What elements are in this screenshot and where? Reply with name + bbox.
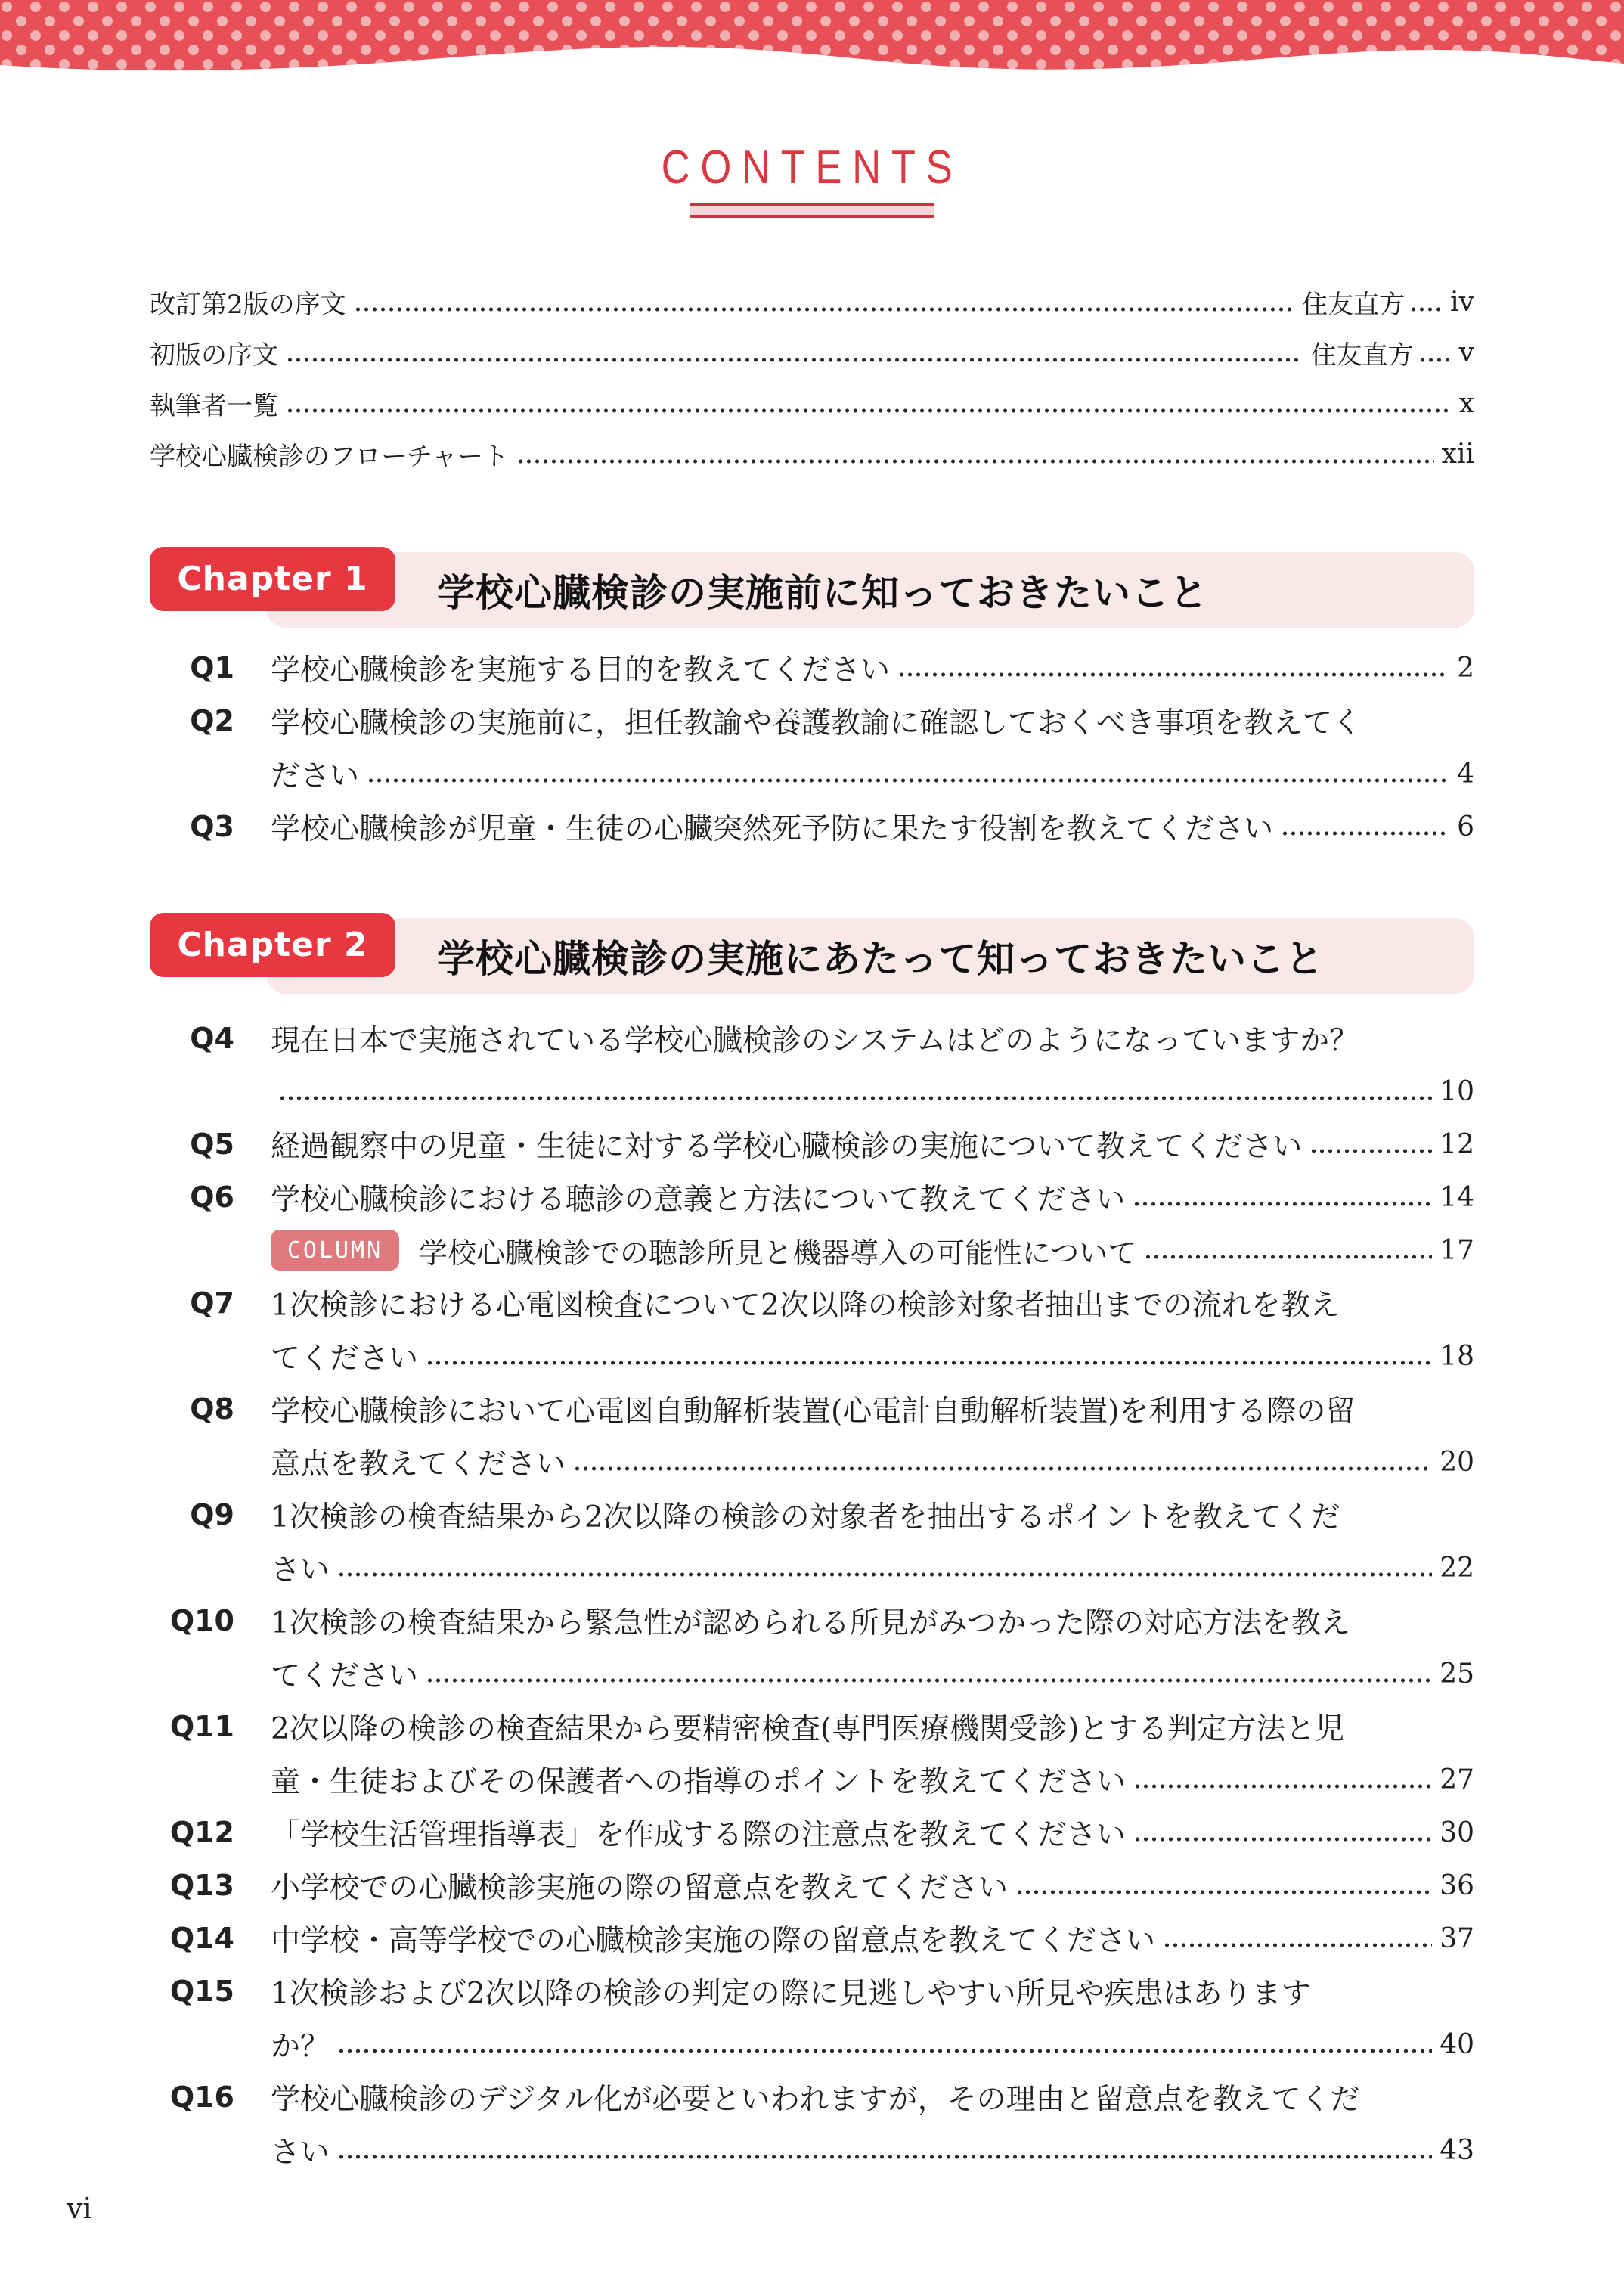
title-underline-rule: [690, 203, 934, 218]
leader-dots: [1281, 831, 1449, 836]
toc-entry: Q2学校心臓検診の実施前に，担任教諭や養護教諭に確認しておくべき事項を教えてくだ…: [150, 694, 1474, 800]
toc-entry-text: 意点を教えてください: [271, 1441, 566, 1483]
toc-entry-text: さい: [271, 2129, 330, 2171]
toc-entry-page-number: 20: [1440, 1447, 1474, 1478]
leader-dots-short: [1409, 307, 1444, 312]
toc-entry-line: てください25: [271, 1647, 1474, 1700]
chapter-1-toc-list: Q1学校心臓検診を実施する目的を教えてください2Q2学校心臓検診の実施前に，担任…: [150, 641, 1474, 853]
toc-entry-text: 1次検診の検査結果から緊急性が認められる所見がみつかった際の対応方法を教え: [271, 1600, 1350, 1642]
toc-entry-line: てください18: [271, 1330, 1474, 1382]
toc-entry-body: 1次検診の検査結果から2次以降の検診の対象者を抽出するポイントを教えてください2…: [271, 1488, 1474, 1594]
toc-entry: Q8学校心臓検診において心電図自動解析装置(心電計自動解析装置)を利用する際の留…: [150, 1382, 1474, 1488]
toc-entry-page-number: 36: [1440, 1870, 1474, 1901]
leader-dots: [1144, 1255, 1432, 1259]
q-label: Q11: [150, 1700, 234, 1753]
toc-entry-line: 学校心臓検診における聴診の意義と方法について教えてください14: [271, 1171, 1474, 1224]
q-label: Q12: [150, 1806, 234, 1859]
chapter-1-header: 学校心臓検診の実施前に知っておきたいこと Chapter 1: [150, 547, 1474, 630]
toc-entry-text: てください: [271, 1652, 418, 1695]
front-matter-entry-title: 初版の序文: [150, 334, 278, 371]
toc-entry-page-number: 2: [1457, 653, 1474, 684]
toc-entry-line: さい43: [271, 2124, 1474, 2177]
toc-entry: Q91次検診の検査結果から2次以降の検診の対象者を抽出するポイントを教えてくださ…: [150, 1488, 1474, 1594]
toc-entry-body: 中学校・高等学校での心臓検診実施の際の留意点を教えてください37: [271, 1912, 1474, 1965]
toc-entry-line: さい22: [271, 1541, 1474, 1594]
front-matter-entry: 初版の序文住友直方v: [150, 327, 1474, 378]
leader-dots: [897, 672, 1449, 677]
toc-entry-body: 現在日本で実施されている学校心臓検診のシステムはどのようになっていますか？10: [271, 1012, 1474, 1118]
toc-entry-page-number: 4: [1457, 759, 1474, 790]
toc-entry-text: 学校心臓検診における聴診の意義と方法について教えてください: [271, 1176, 1125, 1218]
toc-entry: Q16学校心臓検診のデジタル化が必要といわれますが，その理由と留意点を教えてくだ…: [150, 2071, 1474, 2177]
toc-entry-text: 学校心臓検診において心電図自動解析装置(心電計自動解析装置)を利用する際の留: [271, 1388, 1355, 1430]
leader-dots: [426, 1678, 1432, 1683]
toc-entry-page-number: 12: [1440, 1129, 1474, 1160]
toc-entry-line: 「学校生活管理指導表」を作成する際の注意点を教えてください30: [271, 1806, 1474, 1859]
front-matter-entry-title: 執筆者一覧: [150, 385, 278, 422]
toc-entry-body: COLUMN学校心臓検診での聴診所見と機器導入の可能性について17: [271, 1224, 1474, 1277]
leader-dots: [337, 2155, 1432, 2159]
polka-dot-banner: [0, 0, 1624, 83]
toc-entry-line: 中学校・高等学校での心臓検診実施の際の留意点を教えてください37: [271, 1912, 1474, 1965]
q-label: Q14: [150, 1912, 234, 1965]
leader-dots: [426, 1361, 1432, 1365]
toc-entry: Q112次以降の検診の検査結果から要精密検査(専門医療機関受診)とする判定方法と…: [150, 1700, 1474, 1806]
toc-entry-line: ださい4: [271, 747, 1474, 800]
leader-dots: [1133, 1784, 1432, 1789]
toc-entry-body: 学校心臓検診の実施前に，担任教諭や養護教諭に確認しておくべき事項を教えてください…: [271, 694, 1474, 800]
leader-dots: [1015, 1890, 1432, 1894]
toc-entry-line: 1次検診における心電図検査について2次以降の検診対象者抽出までの流れを教え: [271, 1277, 1474, 1330]
toc-entry-line: 学校心臓検診のデジタル化が必要といわれますが，その理由と留意点を教えてくだ: [271, 2071, 1474, 2124]
toc-entry-page-number: 10: [1440, 1076, 1474, 1107]
toc-entry-body: 2次以降の検診の検査結果から要精密検査(専門医療機関受診)とする判定方法と児童・…: [271, 1700, 1474, 1806]
folio-page-number: vi: [67, 2192, 92, 2225]
front-matter-entry-page-number: xii: [1442, 439, 1474, 470]
front-matter-entry-page-number: v: [1459, 337, 1474, 368]
toc-entry-line: 意点を教えてください20: [271, 1435, 1474, 1488]
toc-entry-body: 経過観察中の児童・生徒に対する学校心臓検診の実施について教えてください12: [271, 1118, 1474, 1171]
toc-entry-text: 学校心臓検診での聴診所見と機器導入の可能性について: [419, 1230, 1136, 1271]
chapter-2-title: 学校心臓検診の実施にあたって知っておきたいこと: [266, 929, 1324, 983]
toc-entry-text: 小学校での心臓検診実施の際の留意点を教えてください: [271, 1864, 1008, 1907]
q-label: Q1: [150, 641, 234, 694]
leader-dots: [337, 2049, 1432, 2053]
toc-entry-page-number: 27: [1440, 1764, 1474, 1795]
toc-entry-body: 学校心臓検診において心電図自動解析装置(心電計自動解析装置)を利用する際の留意点…: [271, 1382, 1474, 1488]
toc-entry-page-number: 40: [1440, 2029, 1474, 2060]
chapter-2-title-band: 学校心臓検診の実施にあたって知っておきたいこと: [266, 918, 1474, 994]
front-matter-list: 改訂第2版の序文住友直方iv初版の序文住友直方v執筆者一覧x学校心臓検診のフロー…: [150, 277, 1474, 479]
leader-dots: [1133, 1202, 1432, 1206]
toc-entry-body: 学校心臓検診における聴診の意義と方法について教えてください14: [271, 1171, 1474, 1224]
chapter-1-title-band: 学校心臓検診の実施前に知っておきたいこと: [266, 552, 1474, 628]
toc-entry-text: 学校心臓検診のデジタル化が必要といわれますが，その理由と留意点を教えてくだ: [271, 2076, 1360, 2118]
front-matter-entry: 執筆者一覧x: [150, 378, 1474, 429]
toc-entry-text: 1次検診の検査結果から2次以降の検診の対象者を抽出するポイントを教えてくだ: [271, 1494, 1340, 1536]
front-matter-entry-title: 学校心臓検診のフローチャート: [150, 436, 509, 473]
toc-entry-line: 経過観察中の児童・生徒に対する学校心臓検診の実施について教えてください12: [271, 1118, 1474, 1171]
toc-entry-body: 学校心臓検診を実施する目的を教えてください2: [271, 641, 1474, 694]
toc-entry-page-number: 22: [1440, 1553, 1474, 1584]
toc-entry-body: 1次検診および2次以降の検診の判定の際に見逃しやすい所見や疾患はありますか？40: [271, 1965, 1474, 2071]
toc-entry-text: 学校心臓検診が児童・生徒の心臓突然死予防に果たす役割を教えてください: [271, 805, 1273, 848]
toc-entry: Q13小学校での心臓検診実施の際の留意点を教えてください36: [150, 1859, 1474, 1912]
toc-entry-page-number: 6: [1457, 811, 1474, 842]
toc-entry-text: てください: [271, 1335, 418, 1377]
toc-entry-line: 1次検診および2次以降の検診の判定の際に見逃しやすい所見や疾患はあります: [271, 1965, 1474, 2018]
toc-entry: Q1学校心臓検診を実施する目的を教えてください2: [150, 641, 1474, 694]
toc-entry: Q12「学校生活管理指導表」を作成する際の注意点を教えてください30: [150, 1806, 1474, 1859]
toc-entry: Q3学校心臓検診が児童・生徒の心臓突然死予防に果たす役割を教えてください6: [150, 800, 1474, 853]
q-label: Q7: [150, 1277, 234, 1330]
toc-entry-body: 「学校生活管理指導表」を作成する際の注意点を教えてください30: [271, 1806, 1474, 1859]
q-label: Q3: [150, 800, 234, 853]
toc-entry-page-number: 30: [1440, 1817, 1474, 1848]
toc-entry-text: ださい: [271, 752, 359, 795]
page-title: CONTENTS: [122, 141, 1502, 194]
toc-entry-line: 小学校での心臓検診実施の際の留意点を教えてください36: [271, 1859, 1474, 1912]
toc-entry-body: 1次検診の検査結果から緊急性が認められる所見がみつかった際の対応方法を教えてくだ…: [271, 1594, 1474, 1700]
toc-entry-line: 童・生徒およびその保護者への指導のポイントを教えてください27: [271, 1753, 1474, 1806]
toc-entry-line: か？40: [271, 2018, 1474, 2071]
toc-entry: Q14中学校・高等学校での心臓検診実施の際の留意点を教えてください37: [150, 1912, 1474, 1965]
toc-entry: Q101次検診の検査結果から緊急性が認められる所見がみつかった際の対応方法を教え…: [150, 1594, 1474, 1700]
toc-entry: Q151次検診および2次以降の検診の判定の際に見逃しやすい所見や疾患はありますか…: [150, 1965, 1474, 2071]
leader-dots: [278, 1096, 1432, 1100]
toc-entry-line: COLUMN学校心臓検診での聴診所見と機器導入の可能性について17: [271, 1224, 1474, 1277]
toc-entry-text: 「学校生活管理指導表」を作成する際の注意点を教えてください: [271, 1811, 1126, 1854]
toc-entry-line: 現在日本で実施されている学校心臓検診のシステムはどのようになっていますか？: [271, 1012, 1474, 1065]
leader-dots: [1309, 1149, 1432, 1153]
toc-entry-page-number: 18: [1440, 1341, 1474, 1372]
q-label: Q4: [150, 1012, 234, 1065]
front-matter-entry-page-number: x: [1459, 388, 1474, 419]
leader-dots: [286, 408, 1452, 413]
q-label: Q15: [150, 1965, 234, 2018]
toc-entry-line: 学校心臓検診の実施前に，担任教諭や養護教諭に確認しておくべき事項を教えてく: [271, 694, 1474, 747]
leader-dots: [516, 459, 1434, 464]
toc-entry-text: 経過観察中の児童・生徒に対する学校心臓検診の実施について教えてください: [271, 1123, 1302, 1165]
q-label: Q6: [150, 1171, 234, 1224]
toc-entry-page-number: 25: [1440, 1658, 1474, 1689]
toc-entry-text: 1次検診における心電図検査について2次以降の検診対象者抽出までの流れを教え: [271, 1282, 1340, 1324]
leader-dots: [1163, 1943, 1432, 1947]
front-matter-entry-title: 改訂第2版の序文: [150, 284, 346, 321]
leader-dots: [354, 307, 1295, 312]
toc-entry-page-number: 37: [1440, 1923, 1474, 1954]
toc-entry-line: 1次検診の検査結果から2次以降の検診の対象者を抽出するポイントを教えてくだ: [271, 1488, 1474, 1541]
toc-entry-text: 学校心臓検診の実施前に，担任教諭や養護教諭に確認しておくべき事項を教えてく: [271, 700, 1362, 742]
contents-page: CONTENTS 改訂第2版の序文住友直方iv初版の序文住友直方v執筆者一覧x学…: [0, 0, 1624, 2293]
toc-entry-text: さい: [271, 1547, 330, 1589]
front-matter-entry: 学校心臓検診のフローチャートxii: [150, 429, 1474, 479]
toc-entry-page-number: 43: [1440, 2135, 1474, 2166]
q-label: Q13: [150, 1859, 234, 1912]
q-label: Q16: [150, 2071, 234, 2124]
toc-entry-text: 童・生徒およびその保護者への指導のポイントを教えてください: [271, 1758, 1126, 1801]
toc-entry-body: 学校心臓検診のデジタル化が必要といわれますが，その理由と留意点を教えてください4…: [271, 2071, 1474, 2177]
column-entry: COLUMN学校心臓検診での聴診所見と機器導入の可能性について17: [150, 1224, 1474, 1277]
toc-entry: Q6学校心臓検診における聴診の意義と方法について教えてください14: [150, 1171, 1474, 1224]
toc-entry-page-number: 14: [1440, 1182, 1474, 1213]
toc-entry-text: 現在日本で実施されている学校心臓検診のシステムはどのようになっていますか？: [271, 1017, 1359, 1060]
leader-dots: [286, 358, 1303, 362]
toc-entry-body: 1次検診における心電図検査について2次以降の検診対象者抽出までの流れを教えてくだ…: [271, 1277, 1474, 1382]
toc-entry-line: 2次以降の検診の検査結果から要精密検査(専門医療機関受診)とする判定方法と児: [271, 1700, 1474, 1753]
chapter-2-badge: Chapter 2: [150, 913, 395, 977]
toc-entry: Q71次検診における心電図検査について2次以降の検診対象者抽出までの流れを教えて…: [150, 1277, 1474, 1382]
chapter-2-header: 学校心臓検診の実施にあたって知っておきたいこと Chapter 2: [150, 913, 1474, 996]
toc-entry-text: 1次検診および2次以降の検診の判定の際に見逃しやすい所見や疾患はあります: [271, 1970, 1311, 2012]
column-badge: COLUMN: [271, 1230, 399, 1271]
leader-dots: [1133, 1837, 1432, 1842]
front-matter-entry: 改訂第2版の序文住友直方iv: [150, 277, 1474, 327]
chapter-1-title: 学校心臓検診の実施前に知っておきたいこと: [266, 563, 1208, 617]
leader-dots: [573, 1466, 1432, 1471]
front-matter-entry-author: 住友直方: [1311, 334, 1414, 371]
q-label: Q8: [150, 1382, 234, 1435]
toc-entry-line: 学校心臓検診において心電図自動解析装置(心電計自動解析装置)を利用する際の留: [271, 1382, 1474, 1435]
toc-entry-line: 10: [271, 1065, 1474, 1118]
toc-entry-body: 小学校での心臓検診実施の際の留意点を教えてください36: [271, 1859, 1474, 1912]
toc-entry-page-number: 17: [1440, 1235, 1474, 1266]
leader-dots-short: [1418, 358, 1453, 362]
toc-entry-line: 1次検診の検査結果から緊急性が認められる所見がみつかった際の対応方法を教え: [271, 1594, 1474, 1647]
q-label: Q5: [150, 1118, 234, 1171]
toc-entry-text: 中学校・高等学校での心臓検診実施の際の留意点を教えてください: [271, 1917, 1155, 1959]
toc-entry: Q4現在日本で実施されている学校心臓検診のシステムはどのようになっていますか？1…: [150, 1012, 1474, 1118]
q-label: Q2: [150, 694, 234, 747]
toc-entry-line: 学校心臓検診を実施する目的を教えてください2: [271, 641, 1474, 694]
front-matter-entry-author: 住友直方: [1302, 284, 1405, 321]
toc-entry-text: 2次以降の検診の検査結果から要精密検査(専門医療機関受診)とする判定方法と児: [271, 1705, 1344, 1748]
toc-entry-text: 学校心臓検診を実施する目的を教えてください: [271, 647, 890, 689]
leader-dots: [367, 778, 1449, 783]
chapter-1-badge: Chapter 1: [150, 547, 395, 611]
chapter-2-toc-list: Q4現在日本で実施されている学校心臓検診のシステムはどのようになっていますか？1…: [150, 1012, 1474, 2177]
leader-dots: [337, 1572, 1432, 1577]
toc-entry-line: 学校心臓検診が児童・生徒の心臓突然死予防に果たす役割を教えてください6: [271, 800, 1474, 853]
q-label: Q10: [150, 1594, 234, 1647]
toc-entry-body: 学校心臓検診が児童・生徒の心臓突然死予防に果たす役割を教えてください6: [271, 800, 1474, 853]
q-label: Q9: [150, 1488, 234, 1541]
toc-entry-text: か？: [271, 2023, 330, 2065]
toc-entry: Q5経過観察中の児童・生徒に対する学校心臓検診の実施について教えてください12: [150, 1118, 1474, 1171]
front-matter-entry-page-number: iv: [1450, 287, 1474, 318]
